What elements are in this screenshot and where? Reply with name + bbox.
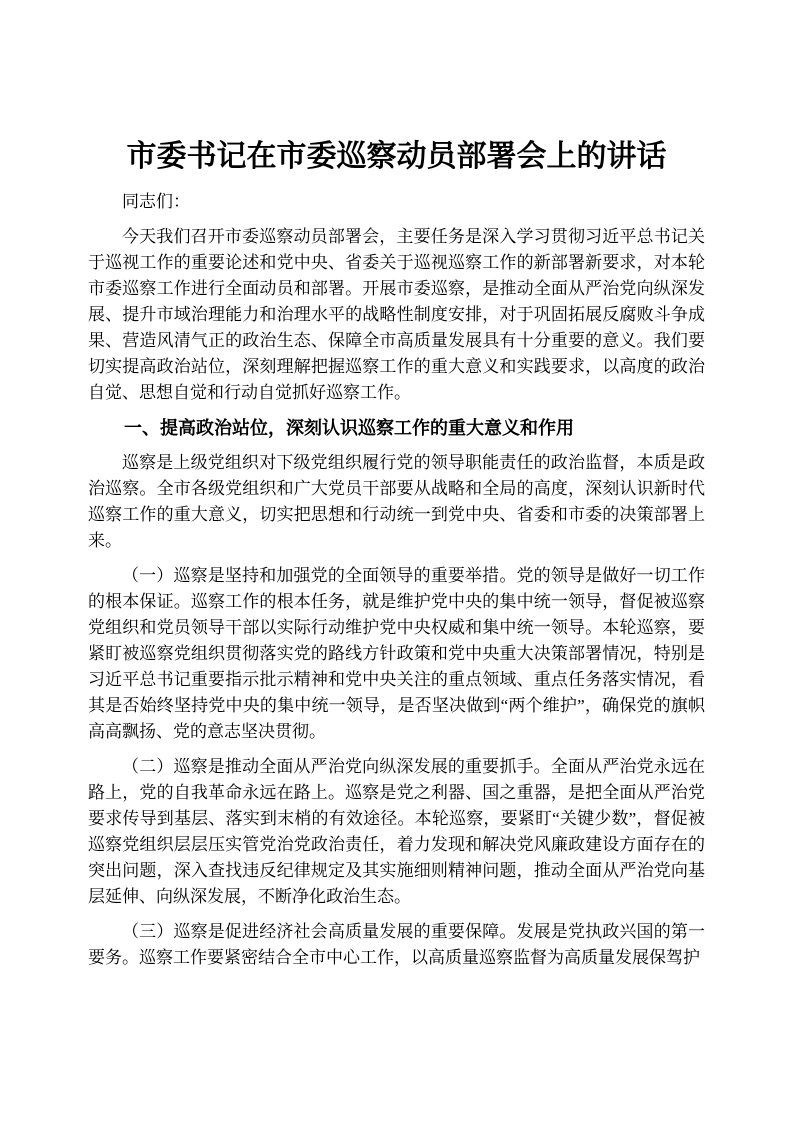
paragraph-point-1: （一）巡察是坚持和加强党的全面领导的重要举措。党的领导是做好一切工作的根本保证。… xyxy=(88,563,705,745)
section-heading-1: 一、提高政治站位，深刻认识巡察工作的重大意义和作用 xyxy=(88,415,705,441)
document-page: 市委书记在市委巡察动员部署会上的讲话 同志们： 今天我们召开市委巡察动员部署会，… xyxy=(0,0,793,1121)
document-title: 市委书记在市委巡察动员部署会上的讲话 xyxy=(88,141,705,173)
salutation: 同志们： xyxy=(88,189,705,215)
paragraph-section-lead: 巡察是上级党组织对下级党组织履行党的领导职能责任的政治监督，本质是政治巡察。全市… xyxy=(88,450,705,554)
paragraph-intro: 今天我们召开市委巡察动员部署会，主要任务是深入学习贯彻习近平总书记关于巡视工作的… xyxy=(88,224,705,406)
paragraph-point-2: （二）巡察是推动全面从严治党向纵深发展的重要抓手。全面从严治党永远在路上，党的自… xyxy=(88,754,705,910)
paragraph-point-3: （三）巡察是促进经济社会高质量发展的重要保障。发展是党执政兴国的第一要务。巡察工… xyxy=(88,919,705,971)
